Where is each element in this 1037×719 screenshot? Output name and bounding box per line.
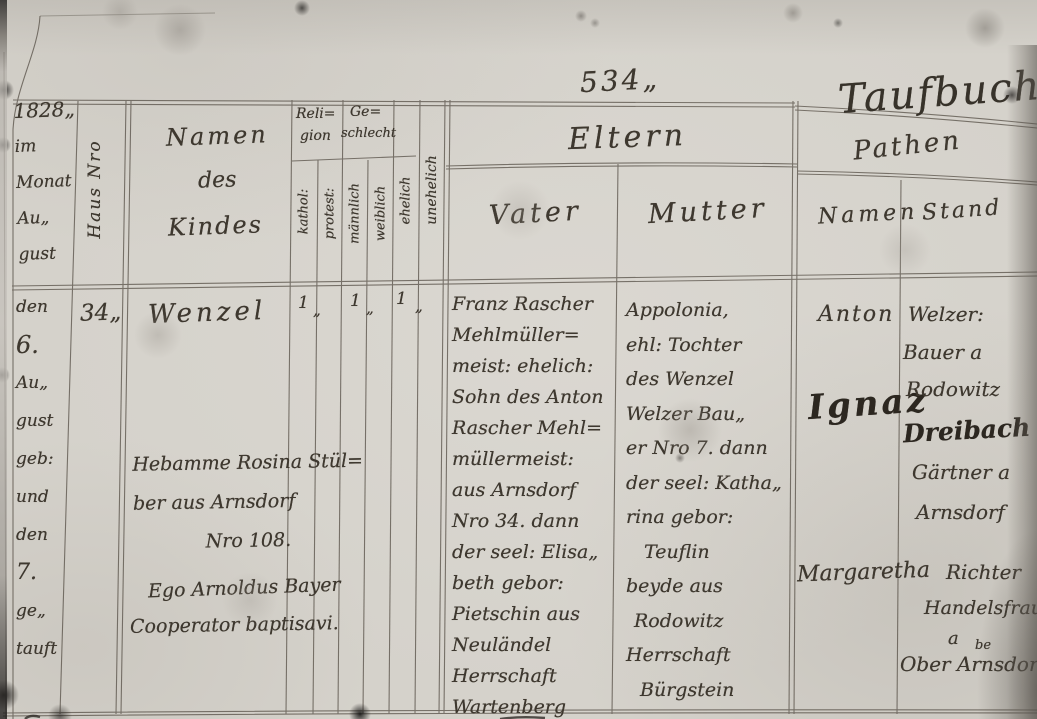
page-number: 534„ [579, 62, 661, 99]
year-month-header: 1828„ im Monat Au„ gust [13, 91, 73, 273]
godparent-name: Anton [818, 302, 894, 327]
stand-line: Handelsfrau [924, 597, 1037, 619]
father-line: aus Arnsdorf [452, 475, 622, 506]
priest-note-line: Cooperator baptisavi. [130, 612, 339, 638]
stand-line: Gärtner a [912, 460, 1010, 484]
father-line: Nro 34. dann [452, 506, 622, 537]
date-line: den [16, 288, 62, 326]
father-line: Pietschin aus [452, 599, 622, 630]
father-line: Mehlmüller= [452, 320, 622, 351]
subcolumn-label-katholisch: kathol: [297, 156, 312, 268]
stand-line: Ober Arnsdorf [900, 652, 1037, 676]
entry-date-cell: den 6. Au„ gust geb: und den 7. ge„ tauf… [16, 288, 62, 668]
subcolumn-label-unehelich: unehelich [424, 114, 440, 266]
religion-group-label: gion [300, 128, 331, 144]
mother-line: des Wenzel [626, 362, 791, 397]
house-number-column-label: Haus Nro [85, 104, 105, 274]
mark-ehelich: 1 [396, 289, 407, 309]
date-line: ge„ [16, 592, 62, 630]
stand-superscript: be [975, 638, 991, 653]
subcolumn-label-weiblich: weiblich [374, 158, 389, 270]
year-line: gust [18, 235, 73, 273]
mother-line: rina gebor: [626, 500, 791, 535]
year-line: Monat [15, 163, 70, 201]
date-line: den [16, 516, 62, 554]
mark-unehelich: „ [415, 297, 423, 315]
father-line: müllermeist: [452, 444, 622, 475]
father-line: Sohn des Anton [452, 382, 622, 413]
stand-line: Richter [946, 560, 1021, 584]
mark-maennlich: 1 [350, 291, 361, 311]
mother-line: Rodowitz [626, 604, 791, 639]
subcolumn-label-ehelich: ehelich [399, 136, 414, 266]
mother-line: Teuflin [626, 535, 791, 570]
mother-line: er Nro 7. dann [626, 431, 791, 466]
year-line: im [14, 127, 69, 165]
sex-group-label: Ge= [350, 104, 381, 120]
midwife-line: Hebamme Rosina Stül= [132, 440, 443, 484]
sex-group-label: schlecht [341, 126, 396, 141]
religion-group-label: Reli= [296, 106, 336, 122]
mother-line: Herrschaft [626, 638, 791, 673]
subcolumn-label-protestantisch: protest: [323, 158, 338, 270]
father-line: Rascher Mehl= [452, 413, 622, 444]
father-cell: Franz Rascher Mehlmüller= meist: ehelich… [452, 289, 622, 719]
father-line: der seel: Elisa„ [452, 537, 622, 568]
mother-line: der seel: Katha„ [626, 466, 791, 501]
midwife-line: ber aus Arnsdorf [133, 479, 444, 523]
stand-line: Bauer a [903, 340, 982, 364]
eltern-header: Eltern [567, 118, 687, 157]
mother-line: Appolonia, [626, 293, 791, 328]
stand-line: Welzer: [908, 302, 984, 326]
stand-line: Arnsdorf [916, 500, 1005, 524]
mother-cell: Appolonia, ehl: Tochter des Wenzel Welze… [626, 293, 791, 707]
date-line: tauft [16, 630, 62, 668]
father-line: meist: ehelich: [452, 351, 622, 382]
father-line: Wartenberg [452, 692, 622, 719]
mark-protestantisch: „ [313, 301, 321, 319]
father-line: Neuländel [452, 630, 622, 661]
date-line: 6. [16, 326, 62, 364]
year-line: 1828„ [13, 91, 68, 129]
baptism-register-scan: 534„ Taufbuch 1828„ im Monat Au„ gust Ha… [0, 0, 1037, 719]
year-line: Au„ [17, 199, 72, 237]
mark-weiblich: „ [366, 299, 374, 317]
godparent-name: Margaretha [797, 558, 931, 588]
midwife-note: Hebamme Rosina Stül= ber aus Arnsdorf Nr… [132, 440, 444, 562]
mother-line: Welzer Bau„ [626, 397, 791, 432]
subcolumn-label-maennlich: männlich [348, 158, 363, 270]
child-name-header-line: Namen [166, 120, 270, 152]
father-line: beth gebor: [452, 568, 622, 599]
date-line: 7. [16, 554, 62, 592]
date-line: gust [16, 402, 62, 440]
mother-line: ehl: Tochter [626, 328, 791, 363]
date-line: geb: [16, 440, 62, 478]
mother-line: beyde aus [626, 569, 791, 604]
child-name-header-line: Kindes [168, 210, 264, 241]
child-name-value: Wenzel [148, 296, 267, 330]
vater-header: Vater [488, 196, 582, 232]
house-number-value: 34„ [80, 299, 122, 326]
stand-abbreviation: a [948, 628, 959, 649]
stand-line: Rodowitz [906, 377, 1000, 401]
date-line: Au„ [16, 364, 62, 402]
mother-line: Bürgstein [626, 673, 791, 708]
father-line: Herrschaft [452, 661, 622, 692]
mark-katholisch: 1 [298, 293, 309, 313]
father-line: Franz Rascher [452, 289, 622, 320]
midwife-line: Nro 108. [133, 518, 444, 562]
child-name-header-line: des [198, 167, 237, 193]
mutter-header: Mutter [647, 193, 768, 230]
namen-header: Namen [817, 199, 919, 229]
date-line: und [16, 478, 62, 516]
